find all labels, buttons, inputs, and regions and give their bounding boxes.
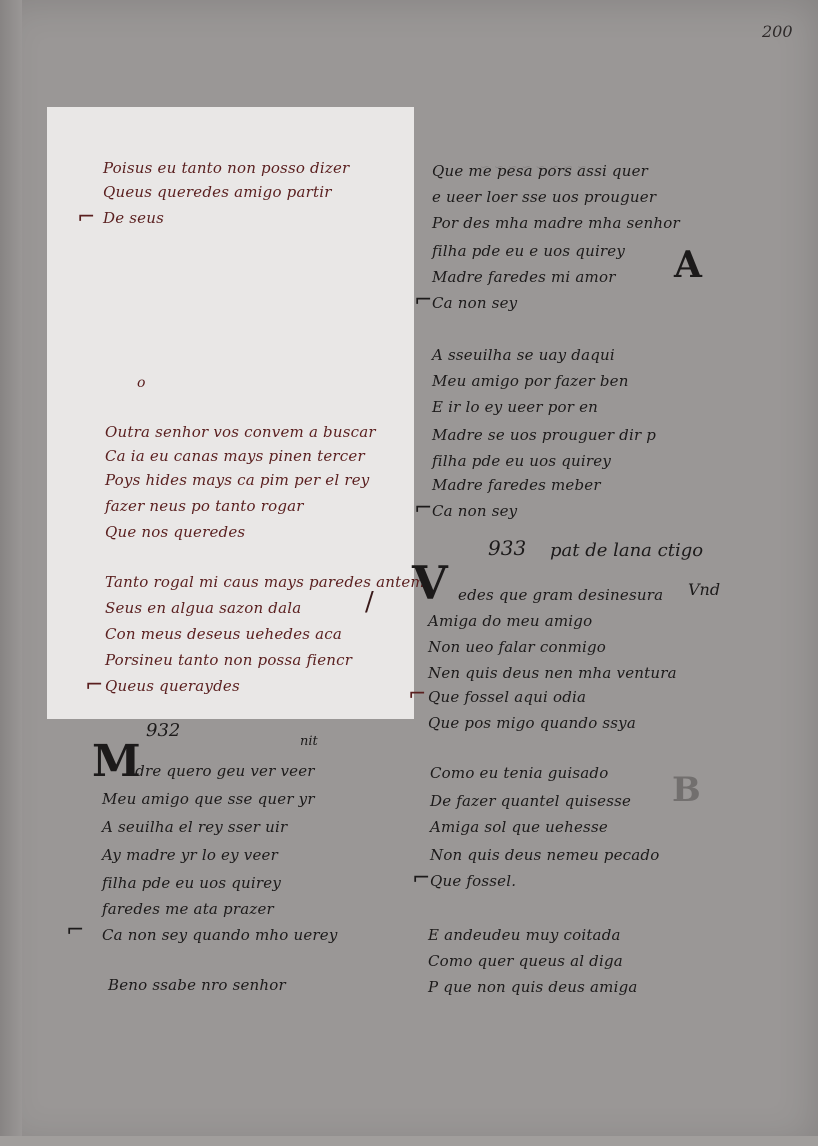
text-line: Que fossel. <box>430 872 516 890</box>
text-line: Queus queraydes <box>105 677 240 695</box>
text-line: De seus <box>103 209 164 227</box>
paragraph-mark-icon: ⌐ <box>414 496 432 521</box>
text-line: Porsineu tanto non possa fiencr <box>105 651 352 669</box>
poem-number: 932 <box>146 720 180 741</box>
margin-initial: A <box>674 244 702 286</box>
text-line: Nen quis deus nen mha ventura <box>428 664 677 682</box>
page-left-edge <box>0 0 22 1146</box>
text-line: Ay madre yr lo ey veer <box>102 846 278 864</box>
paragraph-mark-icon: ⌐ <box>414 288 432 313</box>
paragraph-mark-icon: ⌐ <box>85 673 103 698</box>
paragraph-mark-icon: ⌐ <box>66 918 84 943</box>
paragraph-mark-icon: ⌐ <box>408 682 426 707</box>
highlighted-region: ⌐ Poisus eu tanto non posso dizer Queus … <box>47 107 414 719</box>
text-line: Madre faredes mi amor <box>432 268 616 286</box>
decorated-initial: V <box>412 556 448 610</box>
text-line: Poys hides mays ca pim per el rey <box>105 471 369 489</box>
page-bottom-edge <box>0 1136 818 1146</box>
text-line: A seuilha el rey sser uir <box>102 818 287 836</box>
text-line: Que nos queredes <box>105 523 245 541</box>
text-line: adre quero geu ver veer <box>126 762 315 780</box>
paragraph-mark-icon: ⌐ <box>77 205 95 230</box>
text-line: Queus queredes amigo partir <box>103 183 332 201</box>
poem-heading: pat de lana ctigo <box>550 540 703 561</box>
text-line: Meu amigo por fazer ben <box>432 372 629 390</box>
text-line: Non ueo falar conmigo <box>428 638 606 656</box>
text-line: Ca ia eu canas mays pinen tercer <box>105 447 365 465</box>
folio-number: 200 <box>762 22 793 41</box>
text-line: filha pde eu uos quirey <box>432 452 611 470</box>
stray-mark: o <box>137 375 146 391</box>
text-line: Non quis deus nemeu pecado <box>430 846 659 864</box>
text-line: Ca non sey <box>432 502 517 520</box>
margin-initial: B <box>672 770 701 810</box>
text-line: Amiga sol que uehesse <box>430 818 608 836</box>
text-line: Beno ssabe nro senhor <box>108 976 286 994</box>
text-line: Por des mha madre mha senhor <box>432 214 680 232</box>
text-line: e ueer loer sse uos prouguer <box>432 188 656 206</box>
text-line: A sseuilha se uay daqui <box>432 346 615 364</box>
text-line: Outra senhor vos convem a buscar <box>105 423 376 441</box>
text-line: Ca non sey <box>432 294 517 312</box>
text-line: Con meus deseus uehedes aca <box>105 625 342 643</box>
text-line: fazer neus po tanto rogar <box>105 497 304 515</box>
text-line: Tanto rogal mi caus mays paredes antem <box>105 573 425 591</box>
text-line: Que me pesa pors assi quer <box>432 162 648 180</box>
text-line: Meu amigo que sse quer yr <box>102 790 315 808</box>
text-line: E andeudeu muy coitada <box>428 926 621 944</box>
margin-stroke-icon: / <box>365 587 374 617</box>
text-line: Seus en algua sazon dala <box>105 599 301 617</box>
text-line: P que non quis deus amiga <box>428 978 638 996</box>
text-line: Madre se uos prouguer dir p <box>432 426 656 444</box>
text-line: filha pde eu e uos quirey <box>432 242 625 260</box>
text-line: Como eu tenia guisado <box>430 764 608 782</box>
manuscript-page: 200 ~ ~ ~ ~ ~ ~ ~ ~ ~ ~ ~ ~ ~ ~ ~ ~ ~ ~ … <box>0 0 818 1146</box>
text-line: filha pde eu uos quirey <box>102 874 281 892</box>
text-line: Que pos migo quando ssya <box>428 714 636 732</box>
text-line: E ir lo ey ueer por en <box>432 398 598 416</box>
poem-note: nit <box>300 734 318 749</box>
margin-note: Vnd <box>688 580 720 599</box>
text-line: faredes me ata prazer <box>102 900 274 918</box>
text-line: edes que gram desinesura <box>458 586 663 604</box>
text-line: Como quer queus al diga <box>428 952 623 970</box>
text-line: Que fossel aqui odia <box>428 688 586 706</box>
text-line: Madre faredes meber <box>432 476 601 494</box>
text-line: Amiga do meu amigo <box>428 612 592 630</box>
text-line: Poisus eu tanto non posso dizer <box>103 159 349 177</box>
text-line: De fazer quantel quisesse <box>430 792 631 810</box>
paragraph-mark-icon: ⌐ <box>412 866 430 891</box>
poem-number: 933 <box>488 536 526 560</box>
text-line: Ca non sey quando mho uerey <box>102 926 338 944</box>
